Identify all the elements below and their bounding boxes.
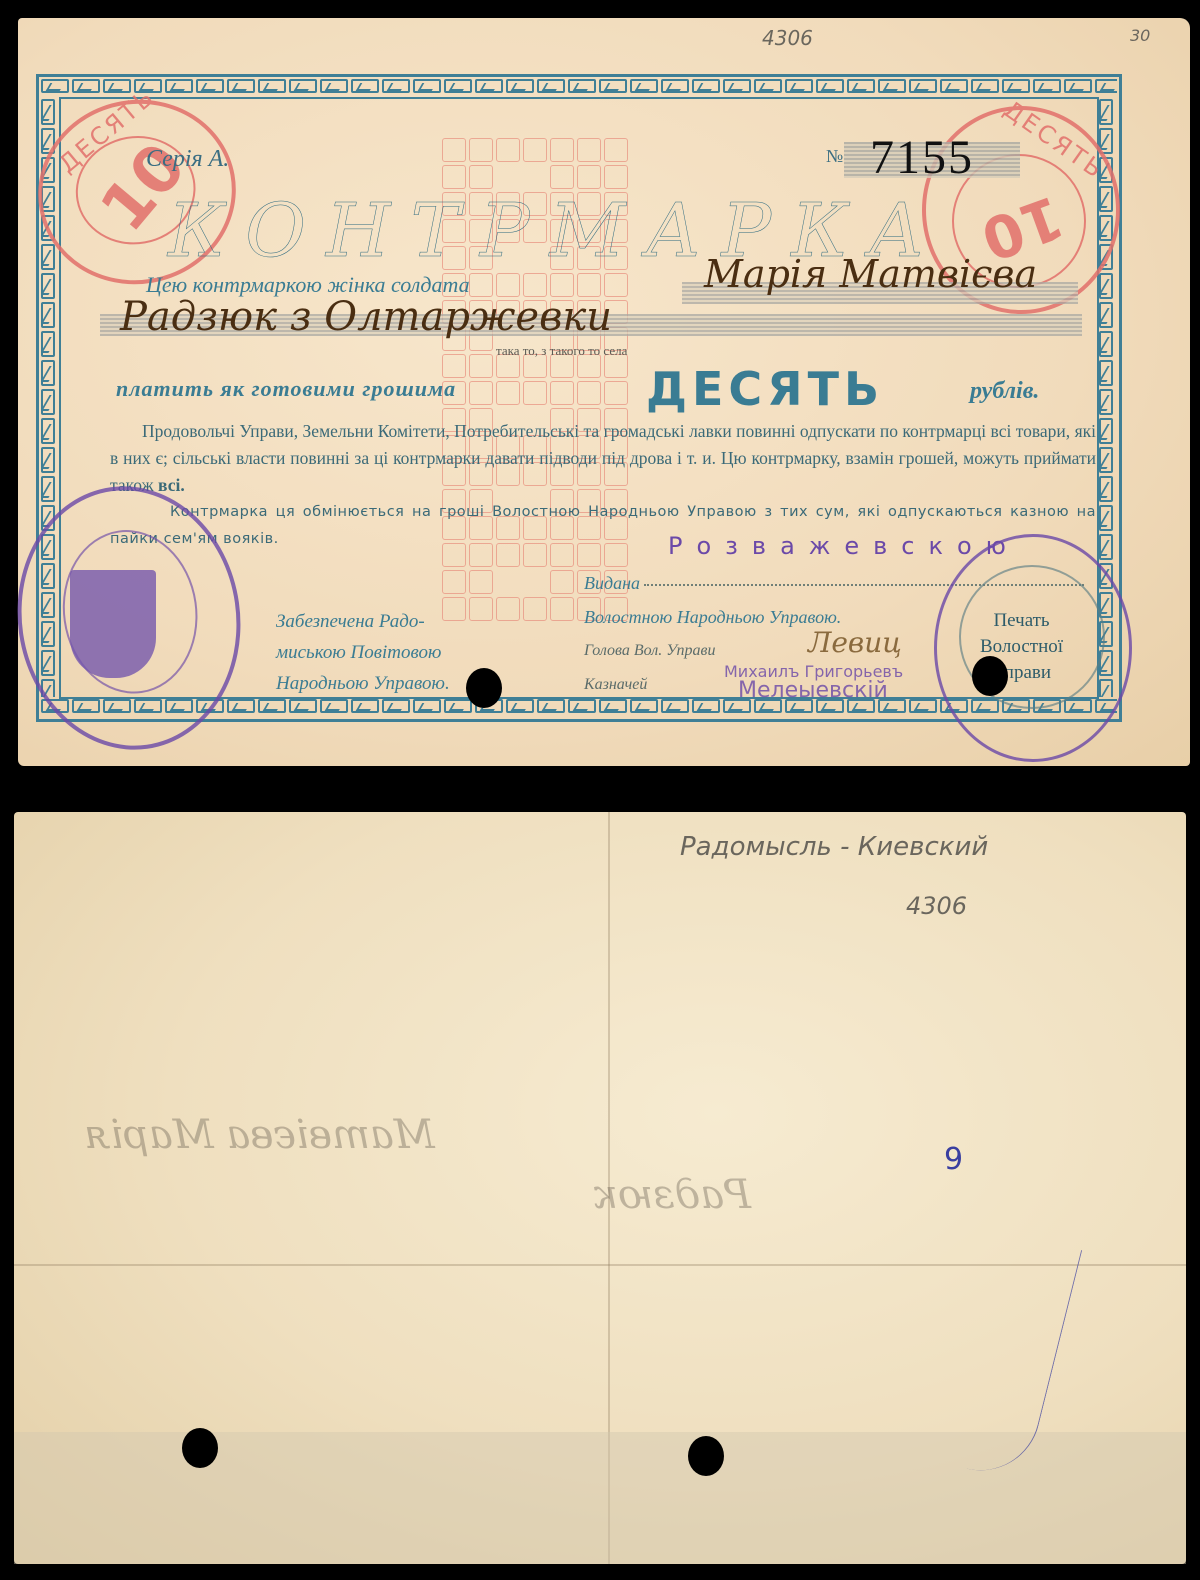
village-stamp-text: Розважевскою: [668, 532, 1020, 560]
coat-of-arms-shield: [70, 570, 156, 678]
border-top-band: [41, 79, 1117, 97]
guarantee-text: Забезпечена Радо- миською Повітовою Наро…: [276, 606, 450, 699]
head-signature: Левиц: [808, 626, 902, 659]
name-caption: така то, з такого то села: [496, 343, 627, 359]
handwritten-name-2: Радзюк з Олтаржевки: [120, 294, 612, 340]
blue-pencil-mark: 9: [944, 1142, 963, 1177]
banknote-front: 4306 30 ДЕСЯТЬ 10 ДЕСЯТЬ 10 Серія А. № 7…: [18, 18, 1190, 766]
pencil-number-note: 4306: [906, 892, 967, 920]
show-through-handwriting: Матвієва Марія: [84, 1112, 435, 1158]
pay-label: платить як готовими грошима: [116, 376, 456, 402]
currency-word: рублів.: [970, 378, 1039, 405]
series-label: Серія А.: [146, 146, 229, 173]
amount-word: ДЕСЯТЬ: [646, 362, 884, 416]
handwritten-name-1: Марія Матвієва: [704, 252, 1037, 296]
serial-number: 7155: [870, 130, 974, 185]
treasurer-name-stamp-2: Мелеыевскій: [738, 678, 888, 703]
punch-hole: [972, 656, 1008, 696]
issued-label: Видана: [584, 573, 640, 593]
number-sign: №: [826, 146, 843, 167]
pencil-catalog-number: 4306: [762, 26, 813, 50]
punch-hole-back-right: [688, 1436, 724, 1476]
punch-hole: [466, 668, 502, 708]
punch-hole-back-left: [182, 1428, 218, 1468]
show-through-handwriting: Радзюк: [594, 1172, 751, 1218]
pencil-city-note: Радомысль - Киевский: [680, 832, 988, 862]
pencil-corner-number: 30: [1130, 26, 1150, 45]
